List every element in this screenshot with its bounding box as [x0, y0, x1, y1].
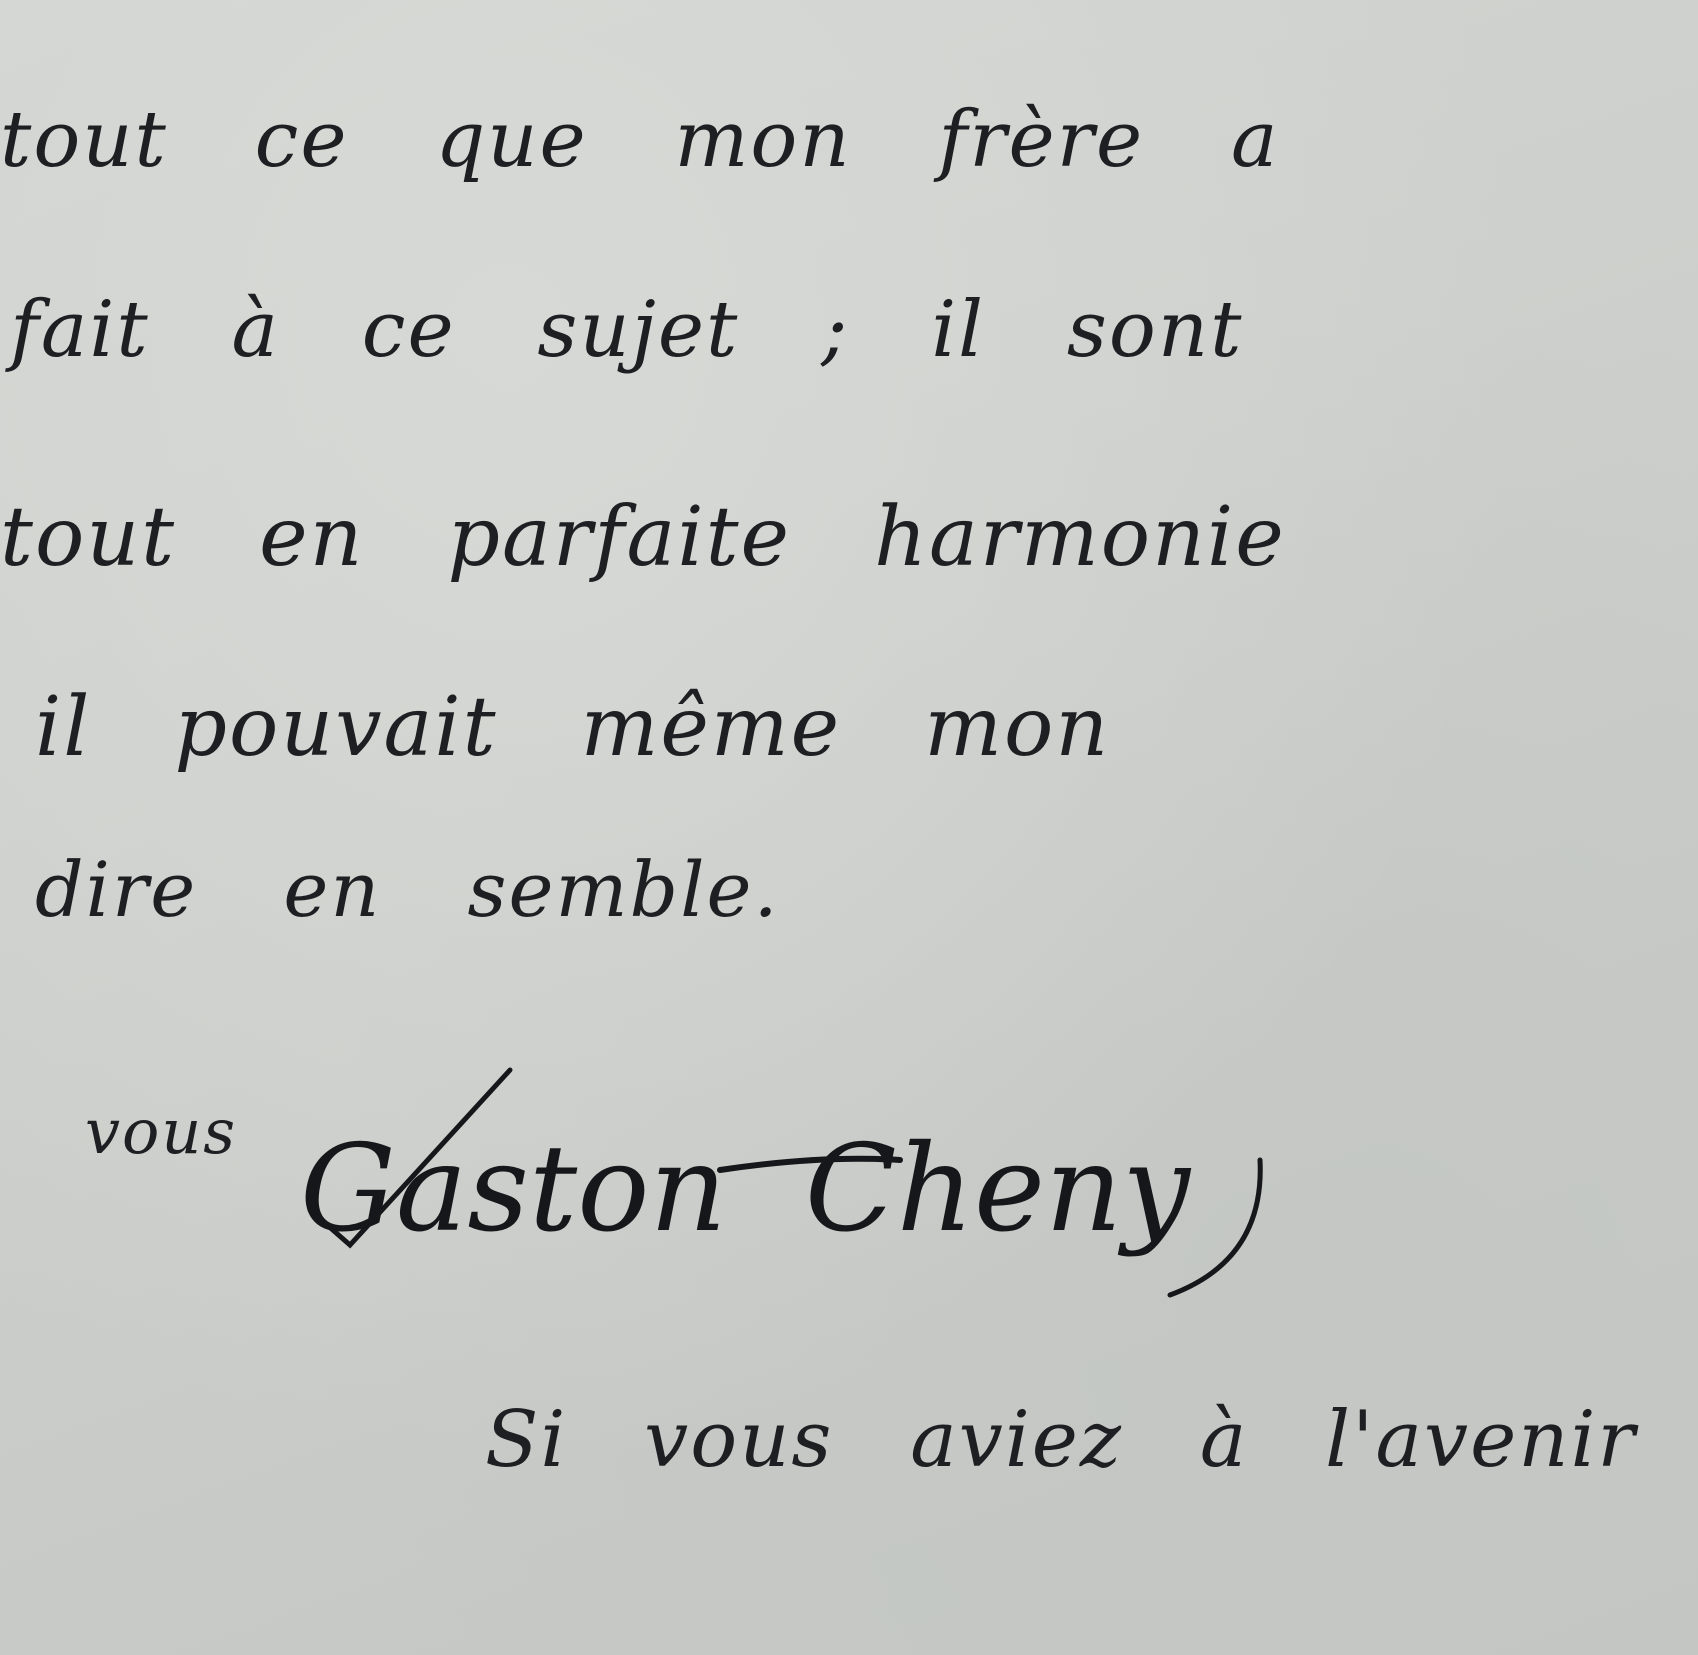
letter-line-1: tout ce que mon frère a: [0, 95, 1279, 185]
letter-page: tout ce que mon frère a fait à ce sujet …: [0, 0, 1698, 1655]
closing-word: vous: [85, 1095, 237, 1168]
letter-line-5: dire en semble.: [35, 845, 780, 934]
letter-line-4: il pouvait même mon: [35, 680, 1110, 775]
postscript-line: Si vous aviez à l'avenir: [485, 1395, 1637, 1485]
signature: Gaston Cheny: [300, 1120, 1190, 1259]
letter-line-2: fait à ce sujet ; il sont: [10, 285, 1243, 375]
letter-line-3: tout en parfaite harmonie: [0, 490, 1286, 585]
